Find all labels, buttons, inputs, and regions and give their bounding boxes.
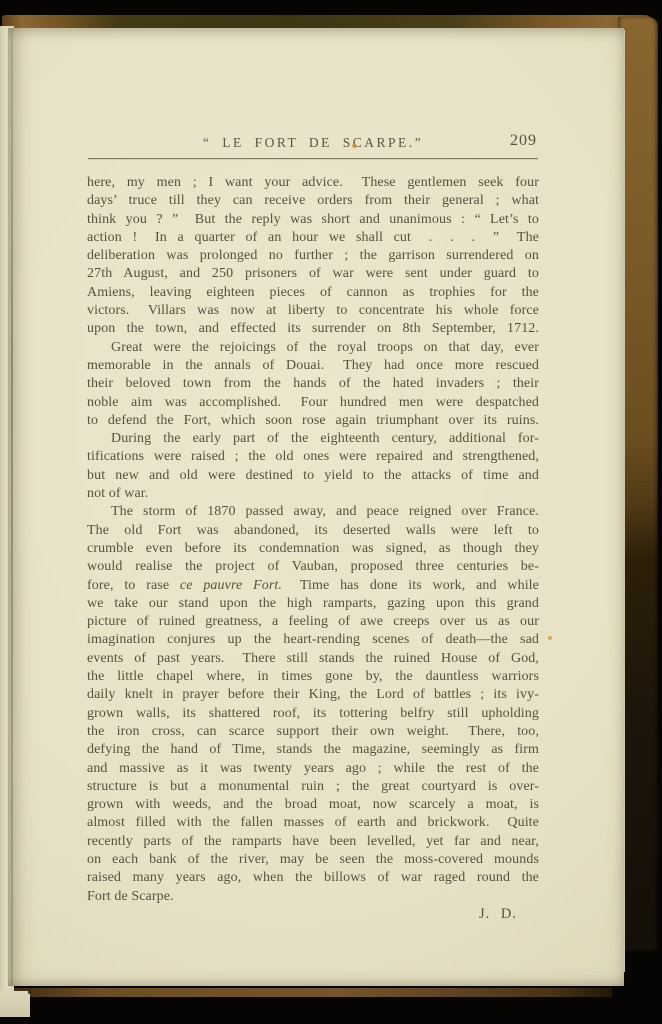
running-title: “ LE FORT DE SCARPE.”	[87, 135, 539, 151]
text-line: the iron cross, can scarce support their…	[87, 723, 539, 741]
running-head: “ LE FORT DE SCARPE.” 209	[87, 135, 539, 151]
book-scan: “ LE FORT DE SCARPE.” 209 here, my men ;…	[0, 0, 662, 1024]
text-line: Great were the rejoicings of the royal t…	[87, 339, 539, 357]
text-line: defying the hand of Time, stands the mag…	[87, 741, 539, 759]
text-line: daily knelt in prayer before their King,…	[87, 686, 539, 704]
body-text: here, my men ; I want your advice. These…	[87, 174, 539, 906]
text-line: Fort de Scarpe.	[87, 888, 539, 906]
paragraph: here, my men ; I want your advice. These…	[87, 174, 539, 339]
text-line: their beloved town from the hands of the…	[87, 375, 539, 393]
text-line: we take our stand upon the high ramparts…	[87, 595, 539, 613]
gutter-crease	[11, 28, 13, 986]
author-initials: J. D.	[87, 906, 539, 923]
text-line: During the early part of the eighteenth …	[87, 430, 539, 448]
book-cover-bottom-edge	[8, 988, 612, 997]
text-line: upon the town, and effected its surrende…	[87, 320, 539, 338]
text-line: imagination conjures up the heart-rendin…	[87, 631, 539, 649]
page-stack-corner	[0, 991, 30, 1017]
text-line: tifications were raised ; the old ones w…	[87, 448, 539, 466]
text-line: Amiens, leaving eighteen pieces of canno…	[87, 284, 539, 302]
text-line: deliberation was prolonged no further ; …	[87, 247, 539, 265]
text-line: The old Fort was abandoned, its deserted…	[87, 522, 539, 540]
text-line: on each bank of the river, may be seen t…	[87, 851, 539, 869]
text-line: grown with weeds, and the broad moat, no…	[87, 796, 539, 814]
book-page: “ LE FORT DE SCARPE.” 209 here, my men ;…	[8, 28, 624, 986]
text-line: almost filled with the fallen masses of …	[87, 814, 539, 832]
text-line: noble aim was accomplished. Four hundred…	[87, 394, 539, 412]
text-line: raised many years ago, when the billows …	[87, 869, 539, 887]
text-line: think you ? ” But the reply was short an…	[87, 211, 539, 229]
text-line: grown walls, its shattered roof, its tot…	[87, 705, 539, 723]
paragraph: During the early part of the eighteenth …	[87, 430, 539, 503]
text-line: 27th August, and 250 prisoners of war we…	[87, 265, 539, 283]
text-line: recently parts of the ramparts have been…	[87, 833, 539, 851]
text-line: picture of ruined greatness, a feeling o…	[87, 613, 539, 631]
text-line: to defend the Fort, which soon rose agai…	[87, 412, 539, 430]
text-line: but new and old were destined to yield t…	[87, 467, 539, 485]
paragraph: Great were the rejoicings of the royal t…	[87, 339, 539, 430]
text-line: not of war.	[87, 485, 539, 503]
foxing-spot	[352, 144, 357, 148]
text-line: the little chapel where, in times gone b…	[87, 668, 539, 686]
text-line: victors. Villars was now at liberty to c…	[87, 302, 539, 320]
text-line: action ! In a quarter of an hour we shal…	[87, 229, 539, 247]
text-line: here, my men ; I want your advice. These…	[87, 174, 539, 192]
text-line: would realise the project of Vauban, pro…	[87, 558, 539, 576]
text-line: crumble even before its condemnation was…	[87, 540, 539, 558]
foxing-spot	[548, 636, 552, 640]
text-line: and massive as it was twenty years ago ;…	[87, 760, 539, 778]
text-line: structure is but a monumental ruin ; the…	[87, 778, 539, 796]
text-line: fore, to rase ce pauvre Fort. Time has d…	[87, 577, 539, 595]
text-line: memorable in the annals of Douai. They h…	[87, 357, 539, 375]
text-line: days’ truce till they can receive orders…	[87, 192, 539, 210]
header-rule	[88, 158, 538, 159]
foxing-spot	[28, 990, 32, 994]
page-number: 209	[510, 132, 537, 150]
text-line: The storm of 1870 passed away, and peace…	[87, 503, 539, 521]
text-line: events of past years. There still stands…	[87, 650, 539, 668]
paragraph: The storm of 1870 passed away, and peace…	[87, 503, 539, 906]
